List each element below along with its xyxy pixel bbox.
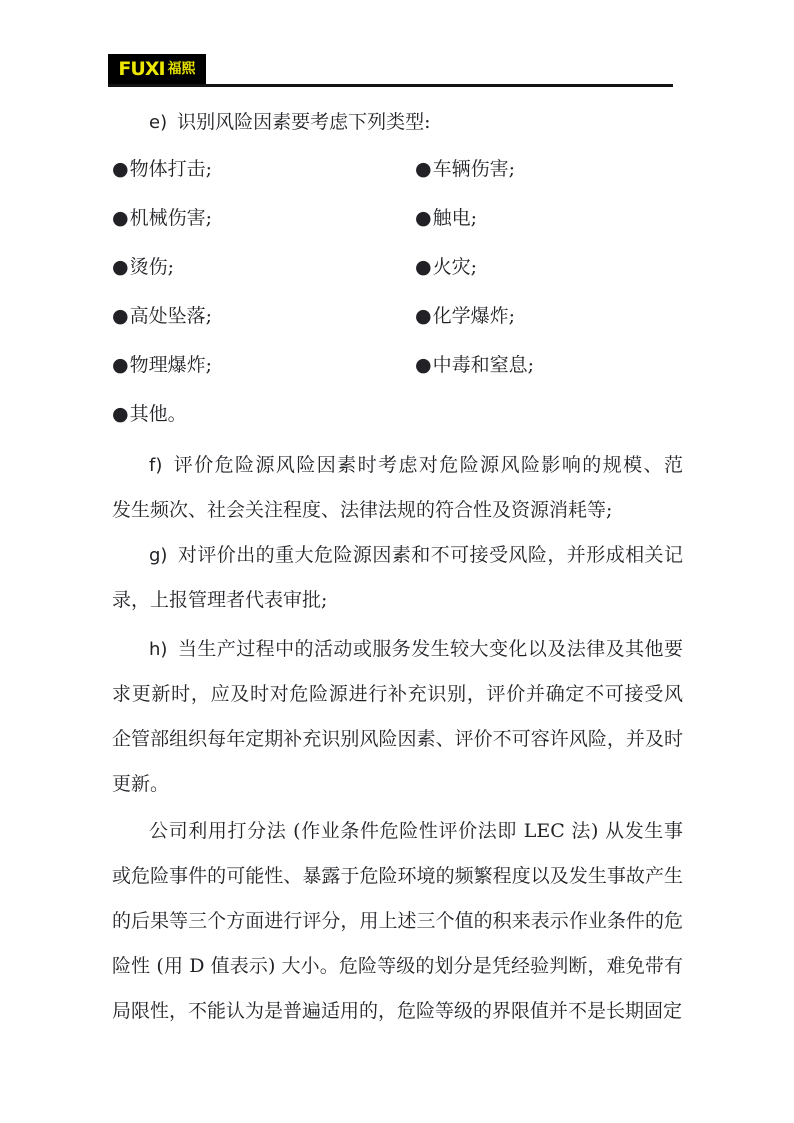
text-line-content: 或危险事件的可能性、暴露于危险环境的频繁程度以及发生事故产生 <box>112 865 683 887</box>
text-line: 录，上报管理者代表审批; <box>112 578 683 623</box>
text-line-content: 录，上报管理者代表审批; <box>112 589 327 611</box>
hazard-bullet-list: ●物体打击; ●车辆伤害; ●机械伤害; ●触电; ●烫伤; ●火灾; ●高处坠… <box>112 145 683 439</box>
paragraph-e-text: 识别风险因素要考虑下列类型: <box>177 111 430 133</box>
bullet-item <box>415 390 683 439</box>
bullet-item: ●机械伤害; <box>112 194 415 243</box>
bullet-item-label: 车辆伤害; <box>433 158 515 180</box>
bullet-row: ●物体打击; ●车辆伤害; <box>112 145 683 194</box>
text-line: 的后果等三个方面进行评分，用上述三个值的积来表示作业条件的危 <box>112 899 683 944</box>
text-line: 公司利用打分法 (作业条件危险性评价法即 LEC 法) 从发生事故 <box>112 809 683 854</box>
text-line-content: 更新。 <box>112 773 169 795</box>
text-line: g)对评价出的重大危险源因素和不可接受风险，并形成相关记 <box>112 533 683 578</box>
bullet-item: ●烫伤; <box>112 243 415 292</box>
text-line: 险性 (用 D 值表示) 大小。危险等级的划分是凭经验判断，难免带有 <box>112 944 683 989</box>
bullet-item-label: 触电; <box>433 207 477 229</box>
bullet-item: ●物理爆炸; <box>112 341 415 390</box>
bullet-item-label: 高处坠落; <box>130 305 212 327</box>
bullet-row: ●物理爆炸; ●中毒和窒息; <box>112 341 683 390</box>
bullet-marker: ● <box>415 158 432 180</box>
document-page: FUXI 福熙 e)识别风险因素要考虑下列类型: ●物体打击; ●车辆伤害; ●… <box>0 0 794 1123</box>
bullet-marker: ● <box>112 158 129 180</box>
text-line: 企管部组织每年定期补充识别风险因素、评价不可容许风险，并及时 <box>112 717 683 762</box>
bullet-item: ●高处坠落; <box>112 292 415 341</box>
bullet-item: ●触电; <box>415 194 683 243</box>
bullet-item-label: 化学爆炸; <box>433 305 515 327</box>
logo-text-latin: FUXI <box>118 60 164 79</box>
paragraph-h-label: h) <box>149 639 167 660</box>
bullet-marker: ● <box>415 354 432 376</box>
bullet-marker: ● <box>112 207 129 229</box>
text-line-content: 险性 (用 D 值表示) 大小。危险等级的划分是凭经验判断，难免带有 <box>112 955 683 977</box>
bullet-marker: ● <box>415 207 432 229</box>
paragraph-f-label: f) <box>149 455 162 476</box>
bullet-marker: ● <box>112 305 129 327</box>
bullet-item-label: 物体打击; <box>130 158 212 180</box>
text-line-content: 对评价出的重大危险源因素和不可接受风险，并形成相关记 <box>177 544 683 566</box>
document-body: e)识别风险因素要考虑下列类型: ●物体打击; ●车辆伤害; ●机械伤害; ●触… <box>112 100 683 1034</box>
bullet-item-label: 物理爆炸; <box>130 354 212 376</box>
text-line-content: 求更新时，应及时对危险源进行补充识别，评价并确定不可接受风险。 <box>112 683 683 717</box>
bullet-marker: ● <box>112 403 129 425</box>
paragraph-g-label: g) <box>149 545 167 566</box>
bullet-marker: ● <box>112 354 129 376</box>
bullet-item: ●化学爆炸; <box>415 292 683 341</box>
paragraph-h: h)当生产过程中的活动或服务发生较大变化以及法律及其他要 求更新时，应及时对危险… <box>112 627 683 807</box>
bullet-item: ●其他。 <box>112 390 415 439</box>
bullet-item-label: 烫伤; <box>130 256 174 278</box>
text-line-content: 局限性，不能认为是普遍适用的，危险等级的界限值并不是长期固定 <box>112 1000 682 1022</box>
paragraph-g: g)对评价出的重大危险源因素和不可接受风险，并形成相关记 录，上报管理者代表审批… <box>112 533 683 623</box>
text-line: h)当生产过程中的活动或服务发生较大变化以及法律及其他要 <box>112 627 683 672</box>
header-rule <box>108 84 673 87</box>
bullet-item-label: 火灾; <box>433 256 477 278</box>
text-line-content: 公司利用打分法 (作业条件危险性评价法即 LEC 法) 从发生事故 <box>112 820 683 854</box>
paragraph-f: f)评价危险源风险因素时考虑对危险源风险影响的规模、范围、 发生频次、社会关注程… <box>112 443 683 533</box>
bullet-row: ●机械伤害; ●触电; <box>112 194 683 243</box>
text-line: 更新。 <box>112 762 683 807</box>
paragraph-e-line: e)识别风险因素要考虑下列类型: <box>112 100 683 145</box>
bullet-item-label: 中毒和窒息; <box>433 354 534 376</box>
text-line: f)评价危险源风险因素时考虑对危险源风险影响的规模、范围、 <box>112 443 683 488</box>
text-line: 局限性，不能认为是普遍适用的，危险等级的界限值并不是长期固定 <box>112 989 683 1034</box>
text-line: 求更新时，应及时对危险源进行补充识别，评价并确定不可接受风险。 <box>112 672 683 717</box>
paragraph-e-label: e) <box>149 112 167 133</box>
bullet-item: ●车辆伤害; <box>415 145 683 194</box>
text-line-content: 的后果等三个方面进行评分，用上述三个值的积来表示作业条件的危 <box>112 910 683 932</box>
bullet-row: ●高处坠落; ●化学爆炸; <box>112 292 683 341</box>
text-line-content: 发生频次、社会关注程度、法律法规的符合性及资源消耗等; <box>112 499 612 521</box>
paragraph-lec: 公司利用打分法 (作业条件危险性评价法即 LEC 法) 从发生事故 或危险事件的… <box>112 809 683 1034</box>
bullet-item: ●火灾; <box>415 243 683 292</box>
text-line: 或危险事件的可能性、暴露于危险环境的频繁程度以及发生事故产生 <box>112 854 683 899</box>
bullet-row: ●其他。 <box>112 390 683 439</box>
bullet-marker: ● <box>415 256 432 278</box>
text-line-content: 评价危险源风险因素时考虑对危险源风险影响的规模、范围、 <box>112 454 683 488</box>
bullet-marker: ● <box>415 305 432 327</box>
company-logo: FUXI 福熙 <box>108 54 206 84</box>
bullet-item-label: 机械伤害; <box>130 207 212 229</box>
bullet-item: ●物体打击; <box>112 145 415 194</box>
text-line-content: 当生产过程中的活动或服务发生较大变化以及法律及其他要 <box>177 638 683 660</box>
bullet-row: ●烫伤; ●火灾; <box>112 243 683 292</box>
bullet-item: ●中毒和窒息; <box>415 341 683 390</box>
bullet-item-label: 其他。 <box>130 403 187 425</box>
logo-text-cjk: 福熙 <box>168 62 196 76</box>
bullet-marker: ● <box>112 256 129 278</box>
text-line-content: 企管部组织每年定期补充识别风险因素、评价不可容许风险，并及时 <box>112 728 683 750</box>
text-line: 发生频次、社会关注程度、法律法规的符合性及资源消耗等; <box>112 488 683 533</box>
